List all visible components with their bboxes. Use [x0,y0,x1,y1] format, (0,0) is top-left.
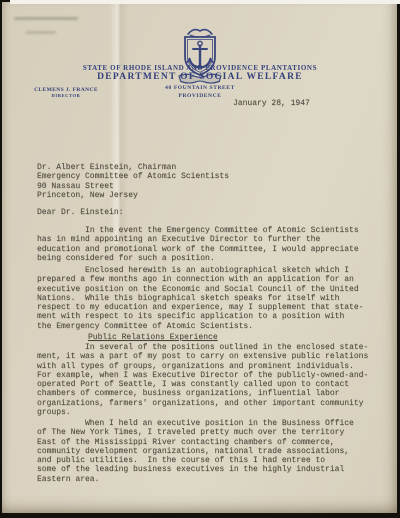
body-paragraph-2: Enclosed herewith is an autobiographical… [37,266,363,331]
recipient-address-block: Dr. Albert Einstein, Chairman Emergency … [37,163,229,200]
official-title: DIRECTOR [16,93,116,98]
salutation: Dear Dr. Einstein: [37,208,123,217]
section-heading-public-relations: Public Relations Experience [88,333,218,342]
body-paragraph-1: In the event the Emergency Committee of … [37,226,359,263]
pencil-annotation [26,31,56,34]
body-paragraph-3: In several of the positions outlined in … [37,343,368,417]
body-paragraph-4: When I held an executive position in the… [37,419,354,484]
date-line: January 28, 1947 [233,99,310,108]
letterhead-department-line: DEPARTMENT OF SOCIAL WELFARE [0,72,400,82]
pencil-annotation [14,17,78,20]
scan-edge-strip [10,0,400,4]
letterhead-official-block: CLEMENS J. FRANCE DIRECTOR [16,87,116,98]
letterhead-state-line: STATE OF RHODE ISLAND AND PROVIDENCE PLA… [0,64,400,72]
